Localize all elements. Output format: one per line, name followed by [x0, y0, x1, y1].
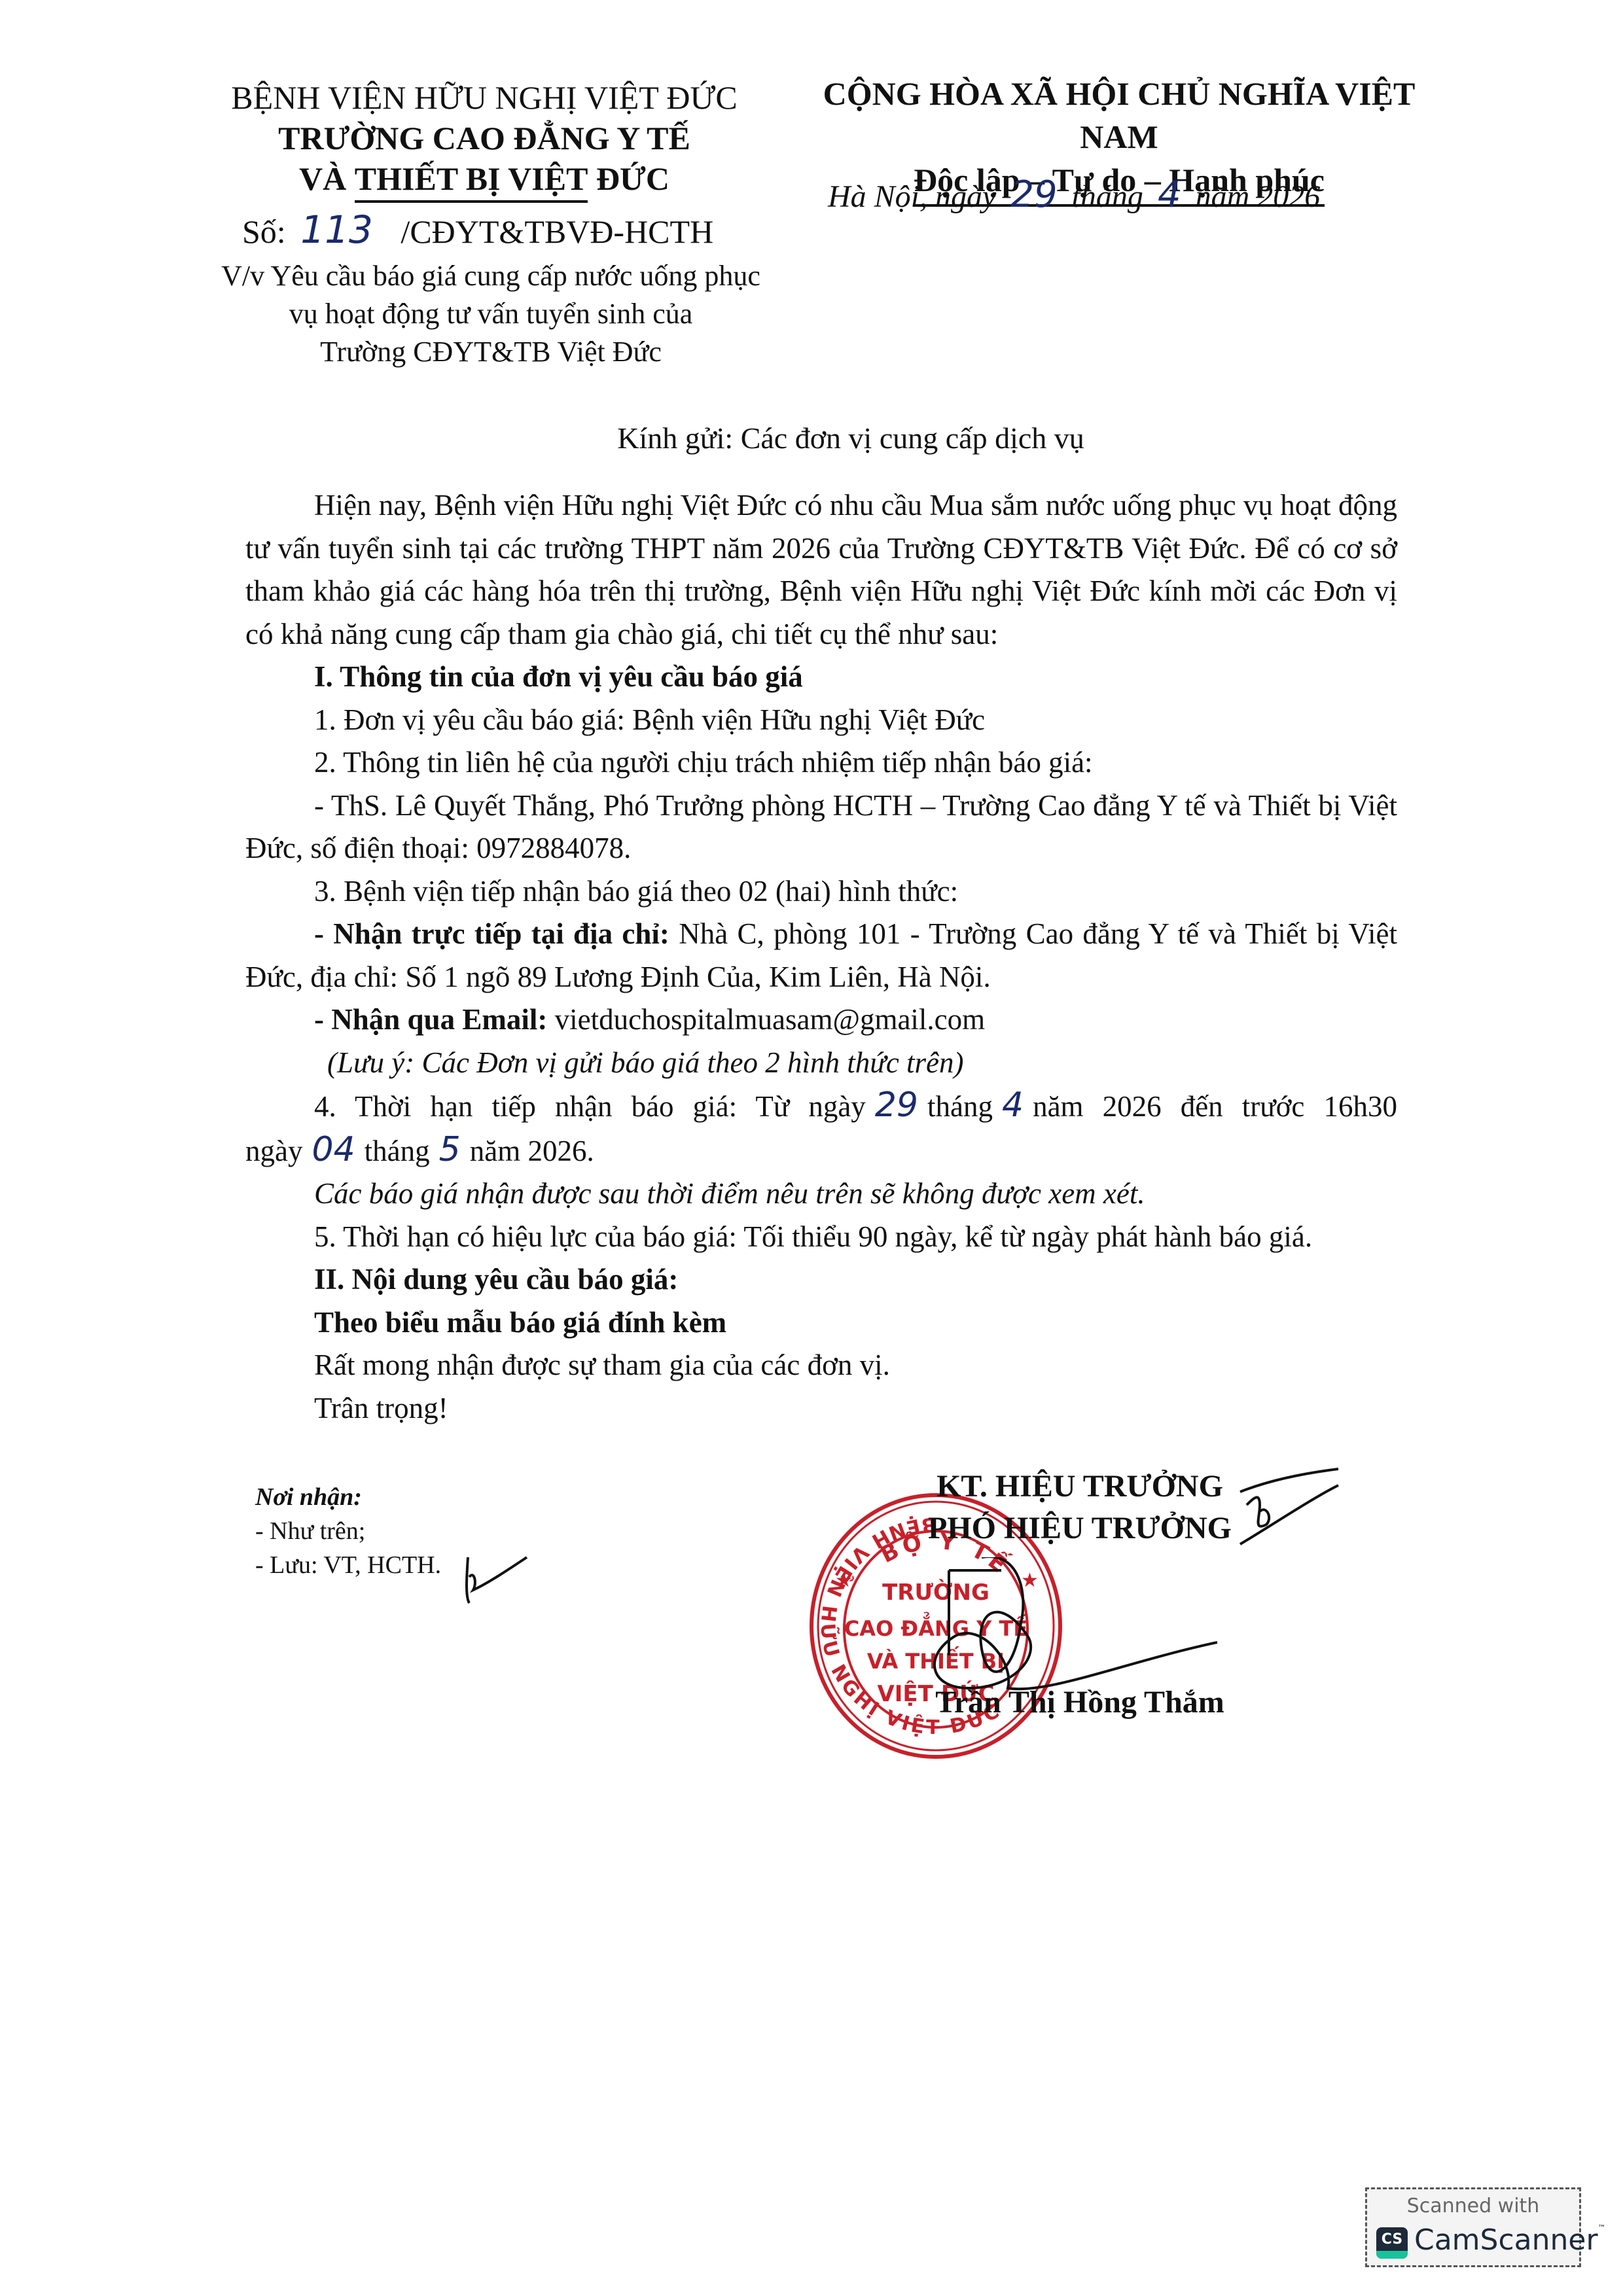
camscanner-brand: CamScanner™	[1414, 2223, 1606, 2257]
intro-paragraph: Hiện nay, Bệnh viện Hữu nghị Việt Đức có…	[245, 484, 1397, 656]
issuer-org-line3-underlined: THIẾT BỊ VIỆT	[355, 158, 588, 203]
camscanner-watermark: Scanned with CS CamScanner™	[1365, 2187, 1581, 2267]
item-3-email: - Nhận qua Email: vietduchospitalmuasam@…	[245, 998, 1397, 1042]
item-3-note: (Lưu ý: Các Đơn vị gửi báo giá theo 2 hì…	[245, 1042, 1397, 1085]
date-year: năm 2026	[1196, 179, 1321, 214]
section-2-title: II. Nội dung yêu cầu báo giá:	[245, 1258, 1397, 1301]
recipient-item: - Như trên;	[255, 1514, 441, 1548]
letter-body: Hiện nay, Bệnh viện Hữu nghị Việt Đức có…	[245, 484, 1397, 1430]
issuer-org-line2: TRƯỜNG CAO ĐẲNG Y TẾ	[196, 118, 772, 158]
date-day-handwritten: 29	[1010, 173, 1057, 216]
recipients-title: Nơi nhận:	[255, 1480, 441, 1514]
item-5: 5. Thời hạn có hiệu lực của báo giá: Tối…	[245, 1216, 1397, 1259]
camscanner-logo-icon: CS	[1376, 2227, 1408, 2259]
to-month-handwritten: 5	[439, 1130, 461, 1169]
subject-line: vụ hoạt động tư vấn tuyển sinh của	[209, 295, 772, 333]
greeting: Kính gửi: Các đơn vị cung cấp dịch vụ	[0, 419, 1623, 458]
logo-text: CS	[1376, 2231, 1408, 2248]
initials-mark-icon	[1234, 1466, 1345, 1551]
issue-date: Hà Nội, ngày29tháng4năm 2026	[828, 174, 1320, 218]
handwritten-signature-icon	[916, 1557, 1217, 1714]
item-4-note: Các báo giá nhận được sau thời điểm nêu …	[245, 1173, 1397, 1216]
section-1-title: I. Thông tin của đơn vị yêu cầu báo giá	[245, 656, 1397, 699]
from-month-handwritten: 4	[1002, 1086, 1024, 1125]
item-2-contact: - ThS. Lê Quyết Thắng, Phó Trưởng phòng …	[245, 785, 1397, 870]
subject-line: Trường CĐYT&TB Việt Đức	[209, 333, 772, 371]
issuer-parent-org: BỆNH VIỆN HỮU NGHỊ VIỆT ĐỨC	[196, 77, 772, 118]
email-address: vietduchospitalmuasam@gmail.com	[547, 1003, 985, 1036]
doc-number-suffix: /CĐYT&TBVĐ-HCTH	[401, 213, 713, 250]
issuer-block: BỆNH VIỆN HỮU NGHỊ VIỆT ĐỨC TRƯỜNG CAO Đ…	[196, 77, 772, 203]
scanned-with-label: Scanned with	[1367, 2195, 1579, 2217]
direct-label: - Nhận trực tiếp tại địa chỉ:	[314, 917, 669, 950]
recipients-block: Nơi nhận: - Như trên; - Lưu: VT, HCTH.	[255, 1480, 441, 1582]
date-month-label: tháng	[1072, 179, 1143, 214]
national-title: CỘNG HÒA XÃ HỘI CHỦ NGHĨA VIỆT NAM	[792, 72, 1446, 158]
recipient-item: - Lưu: VT, HCTH.	[255, 1548, 441, 1582]
date-place: Hà Nội, ngày	[828, 179, 996, 214]
section-2-content: Theo biểu mẫu báo giá đính kèm	[245, 1301, 1397, 1345]
subject-line: V/v Yêu cầu báo giá cung cấp nước uống p…	[209, 257, 772, 295]
closing-line: Rất mong nhận được sự tham gia của các đ…	[245, 1344, 1397, 1387]
item-4-month-label: tháng	[927, 1090, 993, 1123]
email-label: - Nhận qua Email:	[314, 1003, 547, 1036]
item-4-suffix: năm 2026.	[470, 1135, 594, 1167]
from-day-handwritten: 29	[875, 1086, 918, 1125]
trademark: ™	[1598, 2223, 1606, 2233]
initials-signature-icon	[461, 1551, 533, 1610]
item-3: 3. Bệnh viện tiếp nhận báo giá theo 02 (…	[245, 870, 1397, 913]
closing-regards: Trân trọng!	[245, 1387, 1397, 1430]
item-4-prefix: 4. Thời hạn tiếp nhận báo giá: Từ ngày	[314, 1090, 866, 1123]
issuer-org-line3: VÀ THIẾT BỊ VIỆT ĐỨC	[196, 158, 772, 203]
date-month-handwritten: 4	[1158, 173, 1181, 216]
svg-text:★: ★	[835, 1570, 853, 1591]
issuer-org-line3-prefix: VÀ	[299, 160, 355, 197]
doc-number-handwritten: 113	[300, 207, 373, 252]
item-1: 1. Đơn vị yêu cầu báo giá: Bệnh viện Hữu…	[245, 699, 1397, 742]
item-2: 2. Thông tin liên hệ của người chịu trác…	[245, 741, 1397, 785]
doc-number-label: Số:	[242, 213, 286, 250]
issuer-org-line3-suffix: ĐỨC	[588, 160, 669, 197]
item-4-month-label: tháng	[365, 1135, 430, 1167]
document-number: Số: 113 /CĐYT&TBVĐ-HCTH	[242, 208, 713, 253]
brand-name: CamScanner	[1414, 2223, 1598, 2257]
item-4: 4. Thời hạn tiếp nhận báo giá: Từ ngày29…	[245, 1084, 1397, 1173]
to-day-handwritten: 04	[312, 1130, 355, 1169]
item-3-direct: - Nhận trực tiếp tại địa chỉ: Nhà C, phò…	[245, 913, 1397, 998]
subject-block: V/v Yêu cầu báo giá cung cấp nước uống p…	[209, 257, 772, 371]
